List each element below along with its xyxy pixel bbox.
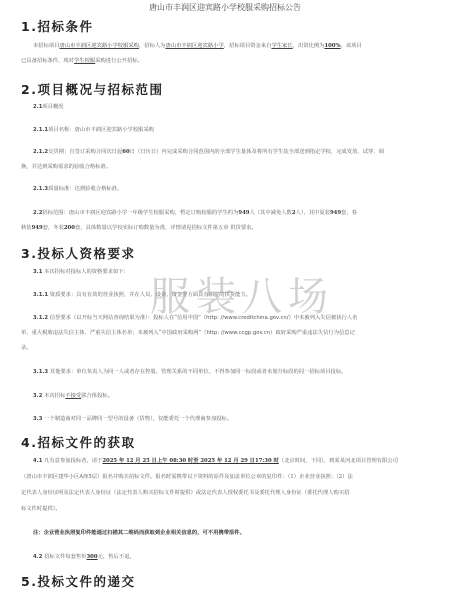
text: 质量标准：达到验收合格标准。 [48,186,122,192]
item-4-1-line3: 定代表人身份证明及法定代表人身份证（法定代表人购买招标文件时提供）或法定代表人授… [21,486,349,501]
text: 人（其中减免人数 [249,210,291,216]
text: （北京时间，下同），到某某河北项目管理有限公司 [279,458,398,464]
section-heading-1: 1.招标条件 [21,17,93,35]
item-3-1-2-line3: 录。 [21,341,32,356]
project-name: 唐山市丰润区迎宾路小学校服采购 [60,43,139,49]
item-number: 4.1 [33,458,42,464]
item-2-1-2: 2.1.2交货期：自签订采购合同次日起60日（日历日）内完成采购合同范围内的全部… [33,145,384,160]
item-number: 2.1.2 [33,149,48,155]
item-3-1: 3.1 本次招标对投标人的资格要求如下： [33,265,129,280]
item-number: 2.1.3 [33,186,48,192]
item-2-1-3: 2.1.3质量标准：达到验收合格标准。 [33,182,122,197]
section-heading-5: 5.投标文件的递交 [21,572,135,590]
text: 其他要求：单位负责人为同一人或者存在控股、管理关系的不同单位，不得参加同一标段或… [50,369,347,375]
text: 项目概况 [42,104,63,110]
item-number: 4.2 [33,554,42,560]
item-number: 3.1 [33,269,42,275]
item-2-2-line2: 秋装949套，冬装200套，具体数量以学校实际订购数量为准，详情请见招标文件第五… [21,221,257,236]
fund-ratio: 100% [324,43,340,49]
text: 信誉要求（以开标当天网站查询结果为准）：投标人在“信用中国”（ [50,315,206,321]
item-number: 3.3 [33,416,42,422]
s1-paragraph-line1: 本招标项目唐山市丰润区迎宾路小学校服采购，招标人为唐山市丰润区迎宾路小学，招标项… [33,39,362,54]
text: ，招标项目资金来自 [224,43,272,49]
text: 交货期：自签订采购合同次日起 [48,149,122,155]
spring-count: 949 [32,225,43,231]
procurement-scope: 学生校服 [74,58,95,64]
winter-count: 200 [64,225,75,231]
fund-source: 学生家长 [271,43,292,49]
text: 招标范围：唐山市丰润区迎宾路小学一年级学生校服采购，暂定订购校服的学生约为 [42,210,238,216]
text: 套，具体数量以学校实际订购数量为准，详情请见招标文件第五章 供货要求。 [75,225,257,231]
registration-period: 2025 年 12 月 25 日上午 08:30 时至 2025 年 12 月 … [102,458,278,464]
text: 日（日历日）内完成采购合同范围内的全部学生量体及将所有学生装全部送到指定学校，完… [130,149,384,155]
item-3-1-3: 3.1.3 其他要求：单位负责人为同一人或者存在控股、管理关系的不同单位，不得参… [33,365,346,380]
text: 本次招标对投标人的资格要求如下： [44,269,129,275]
text: ）中未被列入失信被执行人名 [289,315,358,321]
text: 套，春 [341,210,357,216]
text: 一个制造商对同一品牌同一型号的设备（货物），仅能委托一个代理商参加投标。 [44,416,232,422]
item-number: 2.1.1 [33,127,48,133]
item-4-1-line2: （唐山市丰润区建华小区A座5层）报名并购买招标文件。报名时需携带以下资料的原件及… [21,470,353,485]
item-3-1-2-line2: 单、重大税收违法失信主体、严重失信主体名单；未被列入“中国政府采购网”（http… [21,326,355,341]
item-number: 2.1 [33,104,42,110]
item-3-3: 3.3 一个制造商对同一品牌同一型号的设备（货物），仅能委托一个代理商参加投标。 [33,412,232,427]
text: 联合体投标。 [81,393,113,399]
student-count: 949 [238,210,249,216]
item-3-1-2: 3.1.2 信誉要求（以开标当天网站查询结果为准）：投标人在“信用中国”（htt… [33,311,357,326]
item-3-1-1: 3.1.1 资质要求：具有有效的营业执照，并在人员、设备、资金等方面具有相应的供… [33,288,251,303]
item-2-1: 2.1项目概况 [33,100,64,115]
item-number: 3.2 [33,393,42,399]
item-2-1-1: 2.1.1项目名称：唐山市丰润区迎宾路小学校服采购 [33,123,154,138]
section-heading-4: 4.招标文件的获取 [21,433,135,451]
item-4-2: 4.2 招标文件每套售价300元，售后不退。 [33,550,135,565]
text: ，招标人为 [139,43,166,49]
item-4-1: 4.1 凡有意参加投标者，请于2025 年 12 月 25 日上午 08:30 … [33,454,398,469]
item-number: 3.1.3 [33,369,48,375]
text: 招标文件每套售价 [44,554,86,560]
not-accepted: 不接受 [65,393,81,399]
text: ）政府采购严重违法失信行为信息记 [270,330,355,336]
document-price: 300 [86,554,97,560]
text: 元，售后不退。 [98,554,135,560]
section-heading-2: 2.项目概况与招标范围 [21,80,163,98]
text: 凡有意参加投标者，请于 [44,458,102,464]
text: 人），其中夏装 [296,210,330,216]
tenderer-name: 唐山市丰润区迎宾路小学 [165,43,223,49]
document-title: 唐山市丰润区迎宾路小学校服采购招标公告 [0,2,450,13]
text: 资质要求：具有有效的营业执照，并在人员、设备、资金等方面具有相应的供货能力。 [50,292,251,298]
text: 已具备招标条件，现对 [21,58,74,64]
note: 注：企业营业执照复印件能通过扫描其二维码而获取到企业相关信息的，可不用携带原件。 [33,526,245,541]
item-number: 3.1.1 [33,292,48,298]
summer-count: 949 [330,210,341,216]
text: 本次招标 [44,393,65,399]
ccgp-link[interactable]: http: //www.ccgp.gov.cn [207,330,271,336]
creditchina-link[interactable]: http: //www.creditchina.gov.cn/ [206,315,288,321]
text: 本招标项目 [33,43,60,49]
text: 套，冬装 [43,225,64,231]
section-heading-3: 3.投标人资格要求 [21,244,135,262]
item-3-2: 3.2 本次招标不接受联合体投标。 [33,389,113,404]
text: ，出资比例为 [293,43,325,49]
s1-paragraph-line2: 已具备招标条件，现对学生校服采购进行公开招标。 [21,54,143,69]
item-2-1-2-line2: 换，并达到采购需求的验收合格标准。 [21,160,111,175]
text: 项目名称：唐山市丰润区迎宾路小学校服采购 [48,127,154,133]
item-2-2: 2.2招标范围：唐山市丰润区迎宾路小学一年级学生校服采购，暂定订购校服的学生约为… [33,206,357,221]
text: 采购进行公开招标。 [95,58,143,64]
text: ，该项目 [341,43,362,49]
item-4-1-line4: 标文件时提供）。 [21,502,61,517]
text: 秋装 [21,225,32,231]
delivery-days: 60 [122,149,129,155]
item-number: 3.1.2 [33,315,48,321]
item-number: 2.2 [33,210,42,216]
text: 单、重大税收违法失信主体、严重失信主体名单；未被列入“中国政府采购网”（ [21,330,207,336]
